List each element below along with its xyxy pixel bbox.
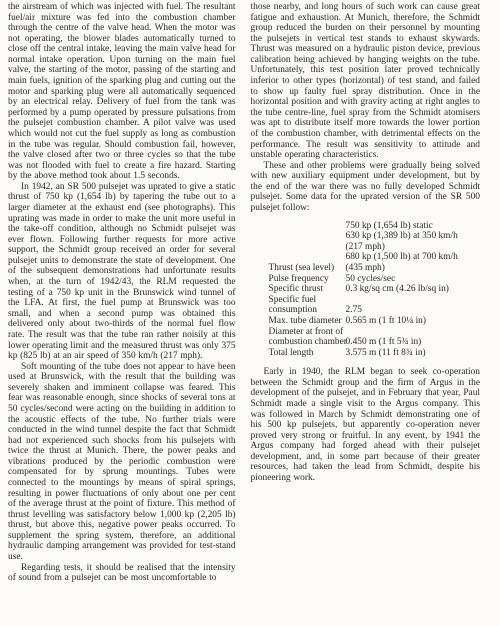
spec-row-pulse-frequency: Pulse frequency 50 cycles/sec (269, 274, 480, 285)
spec-label: Pulse frequency (269, 274, 346, 285)
paragraph-regarding-tests: Regarding tests, it should be realised t… (8, 563, 236, 584)
spec-value: 0.565 m (1 ft 10¼ in) (346, 316, 480, 327)
spec-row-max-tube-diameter: Max. tube diameter 0.565 m (1 ft 10¼ in) (269, 316, 480, 327)
right-column: those nearby, and long hours of such wor… (251, 2, 480, 626)
paragraph-problems-solved: These and other problems were gradually … (251, 161, 480, 214)
scanned-page: the airstream of which was injected with… (0, 0, 500, 626)
spec-label: Total length (269, 348, 346, 359)
paragraph-soft-mounting: Soft mounting of the tube does not appea… (8, 362, 236, 563)
paragraph-argus-cooperation: Early in 1940, the RLM began to seek co-… (251, 367, 480, 483)
spec-value: 0.450 m (1 ft 5¾ in) (346, 337, 480, 348)
spec-row-total-length: Total length 3.575 m (11 ft 8¾ in) (269, 348, 480, 359)
spec-row-combustion-chamber-diameter: Diameter at front of combustion chamber … (269, 327, 480, 348)
spec-value: 2.75 (346, 305, 480, 316)
spec-row-thrust: Thrust (sea level) 750 kp (1,654 lb) sta… (269, 221, 480, 274)
spec-value: 3.575 m (11 ft 8¾ in) (346, 348, 480, 359)
left-column: the airstream of which was injected with… (8, 2, 236, 626)
spec-table: Thrust (sea level) 750 kp (1,654 lb) sta… (269, 221, 480, 359)
spec-label: Max. tube diameter (269, 316, 346, 327)
spec-label: Thrust (sea level) (269, 263, 346, 274)
spec-label: Diameter at front of combustion chamber (269, 327, 346, 348)
spec-value: 750 kp (1,654 lb) static 630 kp (1,389 l… (346, 221, 480, 274)
paragraph-sr500-uprating: In 1942, an SR 500 pulsejet was uprated … (8, 182, 236, 362)
spec-value: 50 cycles/sec (346, 274, 480, 285)
spec-row-specific-thrust: Specific thrust 0.3 kg/sq cm (4.26 lb/sq… (269, 284, 480, 295)
spec-row-specific-fuel-consumption: Specific fuel consumption 2.75 (269, 295, 480, 316)
spec-value: 0.3 kg/sq cm (4.26 lb/sq in) (346, 284, 480, 295)
paragraph-those-nearby-continuation: those nearby, and long hours of such wor… (251, 2, 480, 161)
spec-label: Specific fuel consumption (269, 295, 346, 316)
paragraph-airstream-continuation: the airstream of which was injected with… (8, 2, 236, 182)
spec-label: Specific thrust (269, 284, 346, 295)
